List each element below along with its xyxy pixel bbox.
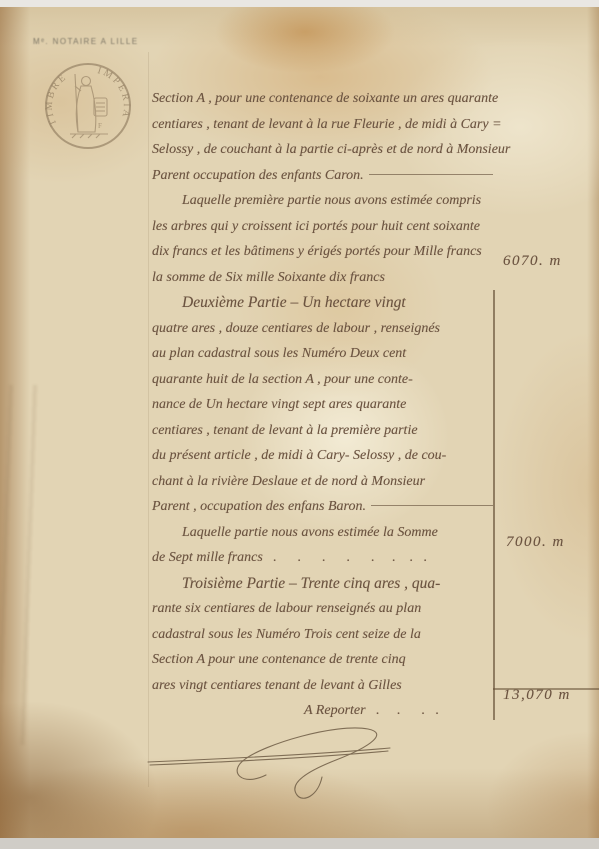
manuscript-line: Laquelle partie nous avons estimée la So… [152,520,495,546]
manuscript-line-text: Parent occupation des enfants Caron. [152,163,364,189]
manuscript-line-text: chant à la rivière Deslaue et de nord à … [152,469,425,495]
manuscript-line-text: Section A pour une contenance de trente … [152,647,406,673]
manuscript-line: du présent article , de midi à Cary- Sel… [152,443,495,469]
manuscript-line: quatre ares , douze centiares de labour … [152,316,495,342]
manuscript-line-text: la somme de Six mille Soixante dix franc… [152,265,385,291]
manuscript-line: Parent , occupation des enfans Baron. [152,494,495,520]
manuscript-line: rante six centiares de labour renseignés… [152,596,495,622]
manuscript-line-text: Troisième Partie – Trente cinq ares , qu… [182,571,440,597]
manuscript-line: nance de Un hectare vingt sept ares quar… [152,392,495,418]
manuscript-line-text: rante six centiares de labour renseignés… [152,596,421,622]
ink-bleedthrough [0,385,44,745]
manuscript-line-text: les arbres qui y croissent ici portés po… [152,214,480,240]
seal-center-mark: F [98,122,102,130]
manuscript-line: Section A pour une contenance de trente … [152,647,495,673]
svg-text:TIMBRE: TIMBRE [44,71,70,127]
manuscript-line: dix francs et les bâtimens y érigés port… [152,239,495,265]
dash-fill-line [371,505,493,506]
manuscript-line-text: Selossy , de couchant à la partie ci-apr… [152,137,510,163]
manuscript-line: quarante huit de la section A , pour une… [152,367,495,393]
manuscript-line: Selossy , de couchant à la partie ci-apr… [152,137,495,163]
manuscript-line-text: ares vingt centiares tenant de levant à … [152,673,402,699]
manuscript-line-text: quarante huit de la section A , pour une… [152,367,413,393]
manuscript-line-text: centiares , tenant de levant à la premiè… [152,418,418,444]
scanned-document: { "colors": { "paper": "#e2d4b4", "ink":… [0,0,599,849]
manuscript-line-text: Laquelle partie nous avons estimée la So… [182,520,438,546]
manuscript-line-text: Laquelle première partie nous avons esti… [182,188,481,214]
manuscript-line: Laquelle première partie nous avons esti… [152,188,495,214]
manuscript-line: centiares , tenant de levant à la premiè… [152,418,495,444]
manuscript-line: ares vingt centiares tenant de levant à … [152,673,495,699]
manuscript-line: de Sept mille francs . . . . . . . . [152,545,495,571]
manuscript-line-text: de Sept mille francs . . . . . . . . [152,545,427,571]
aged-paper-page: Mᵉ. NOTAIRE A LILLE TIMBRE IMPERIAL F Se… [0,7,599,838]
manuscript-line-text: du présent article , de midi à Cary- Sel… [152,443,446,469]
manuscript-line-text: quatre ares , douze centiares de labour … [152,316,440,342]
notary-ink-stamp: Mᵉ. NOTAIRE A LILLE [33,37,138,46]
signature-paraph [140,715,440,810]
timbre-imperial-seal: TIMBRE IMPERIAL F [42,58,134,153]
manuscript-line-text: cadastral sous les Numéro Trois cent sei… [152,622,421,648]
manuscript-line-text: Section A , pour une contenance de soixa… [152,86,498,112]
manuscript-line-text: Parent , occupation des enfans Baron. [152,494,366,520]
manuscript-line: les arbres qui y croissent ici portés po… [152,214,495,240]
margin-vertical-rule [493,290,495,720]
paper-crease [148,52,149,787]
manuscript-line: au plan cadastral sous les Numéro Deux c… [152,341,495,367]
allegorical-figure-icon [70,74,108,138]
manuscript-line: la somme de Six mille Soixante dix franc… [152,265,495,291]
text-block: Section A , pour une contenance de soixa… [152,86,495,724]
manuscript-line-text: Deuxième Partie – Un hectare vingt [182,290,406,316]
manuscript-line-text: au plan cadastral sous les Numéro Deux c… [152,341,406,367]
manuscript-line: Deuxième Partie – Un hectare vingt [152,290,495,316]
manuscript-line: centiares , tenant de levant à la rue Fl… [152,112,495,138]
amount-total-carry: 13,070 m [503,687,571,704]
manuscript-line-text: centiares , tenant de levant à la rue Fl… [152,112,502,138]
amount-first-part: 6070. m [503,253,562,270]
total-horizontal-rule [493,688,599,690]
amount-second-part: 7000. m [506,534,565,551]
manuscript-line: Parent occupation des enfants Caron. [152,163,495,189]
manuscript-line-text: dix francs et les bâtimens y érigés port… [152,239,482,265]
manuscript-line: Section A , pour une contenance de soixa… [152,86,495,112]
manuscript-line: cadastral sous les Numéro Trois cent sei… [152,622,495,648]
manuscript-line-text: nance de Un hectare vingt sept ares quar… [152,392,406,418]
dash-fill-line [369,174,493,175]
manuscript-line: Troisième Partie – Trente cinq ares , qu… [152,571,495,597]
seal-left-text: TIMBRE [44,71,70,127]
manuscript-line: chant à la rivière Deslaue et de nord à … [152,469,495,495]
